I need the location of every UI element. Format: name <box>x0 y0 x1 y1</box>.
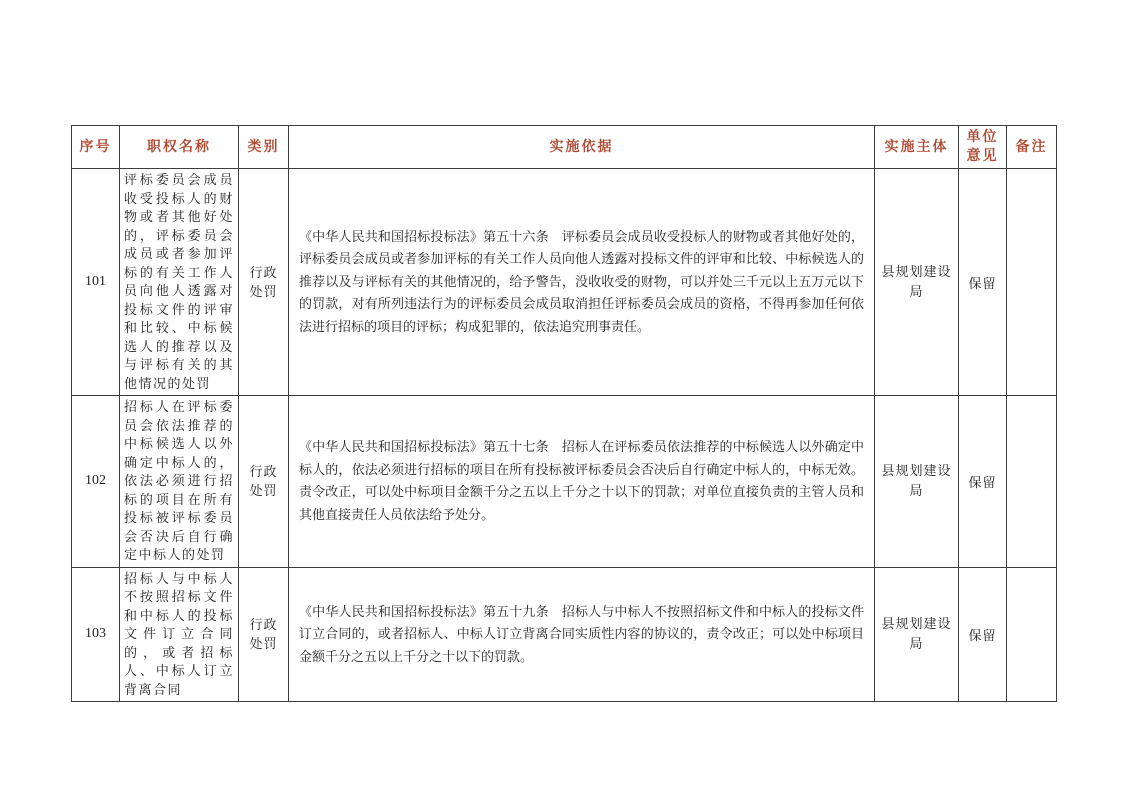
table-row: 102 招标人在评标委员会依法推荐的中标候选人以外确定中标人的，依法必须进行招标… <box>72 396 1057 568</box>
col-header-power-name: 职权名称 <box>120 126 239 169</box>
col-header-agency: 实施主体 <box>875 126 959 169</box>
power-name: 评标委员会成员收受投标人的财物或者其他好处的，评标委员会成员或者参加评标的有关工… <box>120 169 239 396</box>
unit-opinion: 保留 <box>959 567 1007 702</box>
col-header-opinion: 单位意见 <box>959 126 1007 169</box>
table-row: 103 招标人与中标人不按照招标文件和中标人的投标文件订立合同的，或者招标人、中… <box>72 567 1057 702</box>
row-number: 101 <box>72 169 120 396</box>
implementing-agency: 县规划建设局 <box>875 567 959 702</box>
row-number: 103 <box>72 567 120 702</box>
implementation-basis: 《中华人民共和国招标投标法》第五十七条 招标人在评标委员依法推荐的中标候选人以外… <box>289 396 875 568</box>
unit-opinion: 保留 <box>959 169 1007 396</box>
implementation-basis: 《中华人民共和国招标投标法》第五十六条 评标委员会成员收受投标人的财物或者其他好… <box>289 169 875 396</box>
category: 行政处罚 <box>239 396 289 568</box>
category: 行政处罚 <box>239 567 289 702</box>
implementing-agency: 县规划建设局 <box>875 169 959 396</box>
table-row: 101 评标委员会成员收受投标人的财物或者其他好处的，评标委员会成员或者参加评标… <box>72 169 1057 396</box>
document-page: { "colors": { "header_text": "#b04a33", … <box>0 0 1122 793</box>
power-name: 招标人与中标人不按照招标文件和中标人的投标文件订立合同的，或者招标人、中标人订立… <box>120 567 239 702</box>
row-number: 102 <box>72 396 120 568</box>
implementation-basis: 《中华人民共和国招标投标法》第五十九条 招标人与中标人不按照招标文件和中标人的投… <box>289 567 875 702</box>
col-header-remark: 备注 <box>1007 126 1057 169</box>
table-header-row: 序号 职权名称 类别 实施依据 实施主体 单位意见 备注 <box>72 126 1057 169</box>
remark <box>1007 567 1057 702</box>
col-header-basis: 实施依据 <box>289 126 875 169</box>
implementing-agency: 县规划建设局 <box>875 396 959 568</box>
col-header-number: 序号 <box>72 126 120 169</box>
col-header-category: 类别 <box>239 126 289 169</box>
powers-table: 序号 职权名称 类别 实施依据 实施主体 单位意见 备注 101 评标委员会成员… <box>71 125 1057 702</box>
remark <box>1007 169 1057 396</box>
category: 行政处罚 <box>239 169 289 396</box>
power-name: 招标人在评标委员会依法推荐的中标候选人以外确定中标人的，依法必须进行招标的项目在… <box>120 396 239 568</box>
unit-opinion: 保留 <box>959 396 1007 568</box>
remark <box>1007 396 1057 568</box>
